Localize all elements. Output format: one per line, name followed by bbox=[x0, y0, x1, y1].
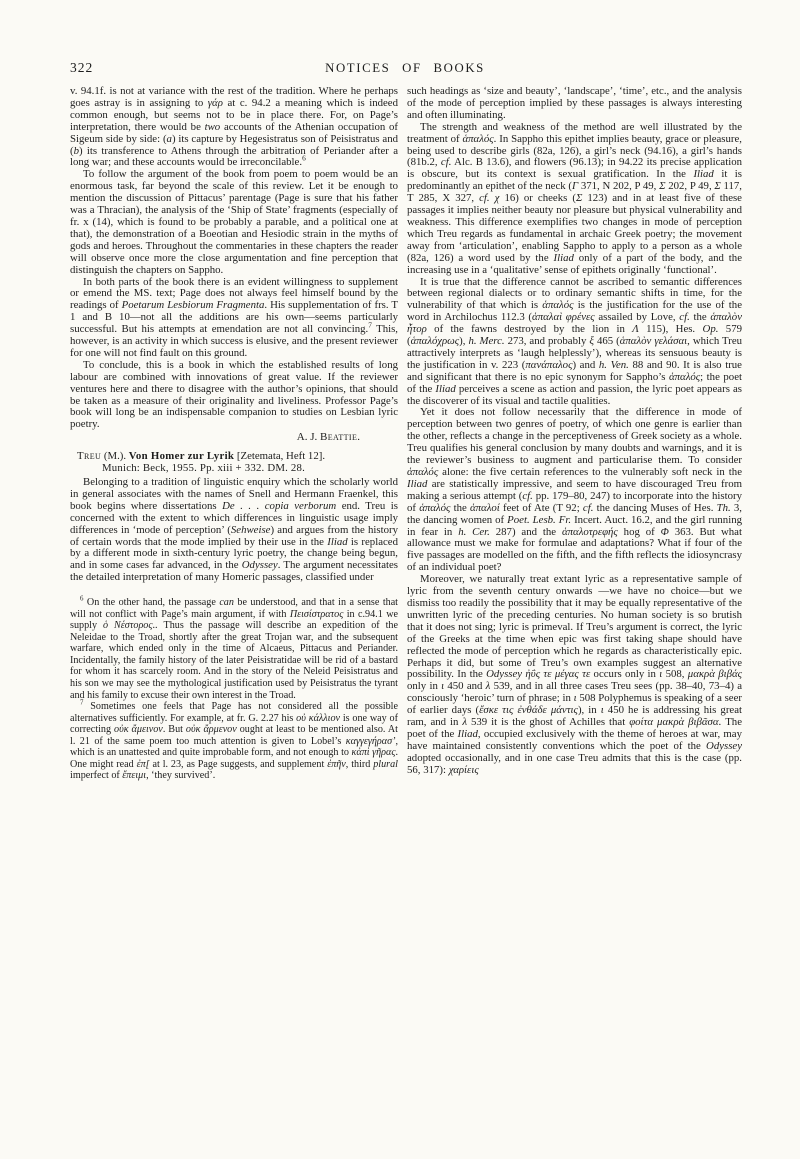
paragraph: The strength and weakness of the method … bbox=[407, 122, 742, 277]
review-heading-line2: Munich: Beck, 1955. Pp. xiii + 332. DM. … bbox=[70, 463, 398, 475]
paragraph: v. 94.1f. is not at variance with the re… bbox=[70, 86, 398, 169]
journal-page: 322 NOTICES OF BOOKS v. 94.1f. is not at… bbox=[0, 0, 800, 1159]
paragraph: such headings as ‘size and beauty’, ‘lan… bbox=[407, 86, 742, 122]
paragraph: In both parts of the book there is an ev… bbox=[70, 277, 398, 360]
paragraph: Moreover, we naturally treat extant lyri… bbox=[407, 574, 742, 776]
paragraph: To conclude, this is a book in which the… bbox=[70, 360, 398, 431]
right-column: such headings as ‘size and beauty’, ‘lan… bbox=[407, 86, 742, 782]
review-heading: Treu (M.). Von Homer zur Lyrik [Zetemata… bbox=[70, 451, 398, 475]
text-columns: v. 94.1f. is not at variance with the re… bbox=[70, 86, 742, 782]
paragraph: Yet it does not follow necessarily that … bbox=[407, 407, 742, 574]
reviewer-signature: A. J. Beattie. bbox=[70, 432, 398, 444]
paragraph: To follow the argument of the book from … bbox=[70, 169, 398, 276]
footnote-7: 7 Sometimes one feels that Page has not … bbox=[70, 701, 398, 782]
footnote-6: 6 On the other hand, the passage can be … bbox=[70, 597, 398, 701]
page-header-title: NOTICES OF BOOKS bbox=[70, 61, 740, 76]
left-column: v. 94.1f. is not at variance with the re… bbox=[70, 86, 398, 782]
paragraph: It is true that the difference cannot be… bbox=[407, 277, 742, 408]
footnotes-section: 6 On the other hand, the passage can be … bbox=[70, 597, 398, 782]
page-header: 322 NOTICES OF BOOKS bbox=[70, 60, 740, 78]
paragraph: Belonging to a tradition of linguistic e… bbox=[70, 477, 398, 584]
